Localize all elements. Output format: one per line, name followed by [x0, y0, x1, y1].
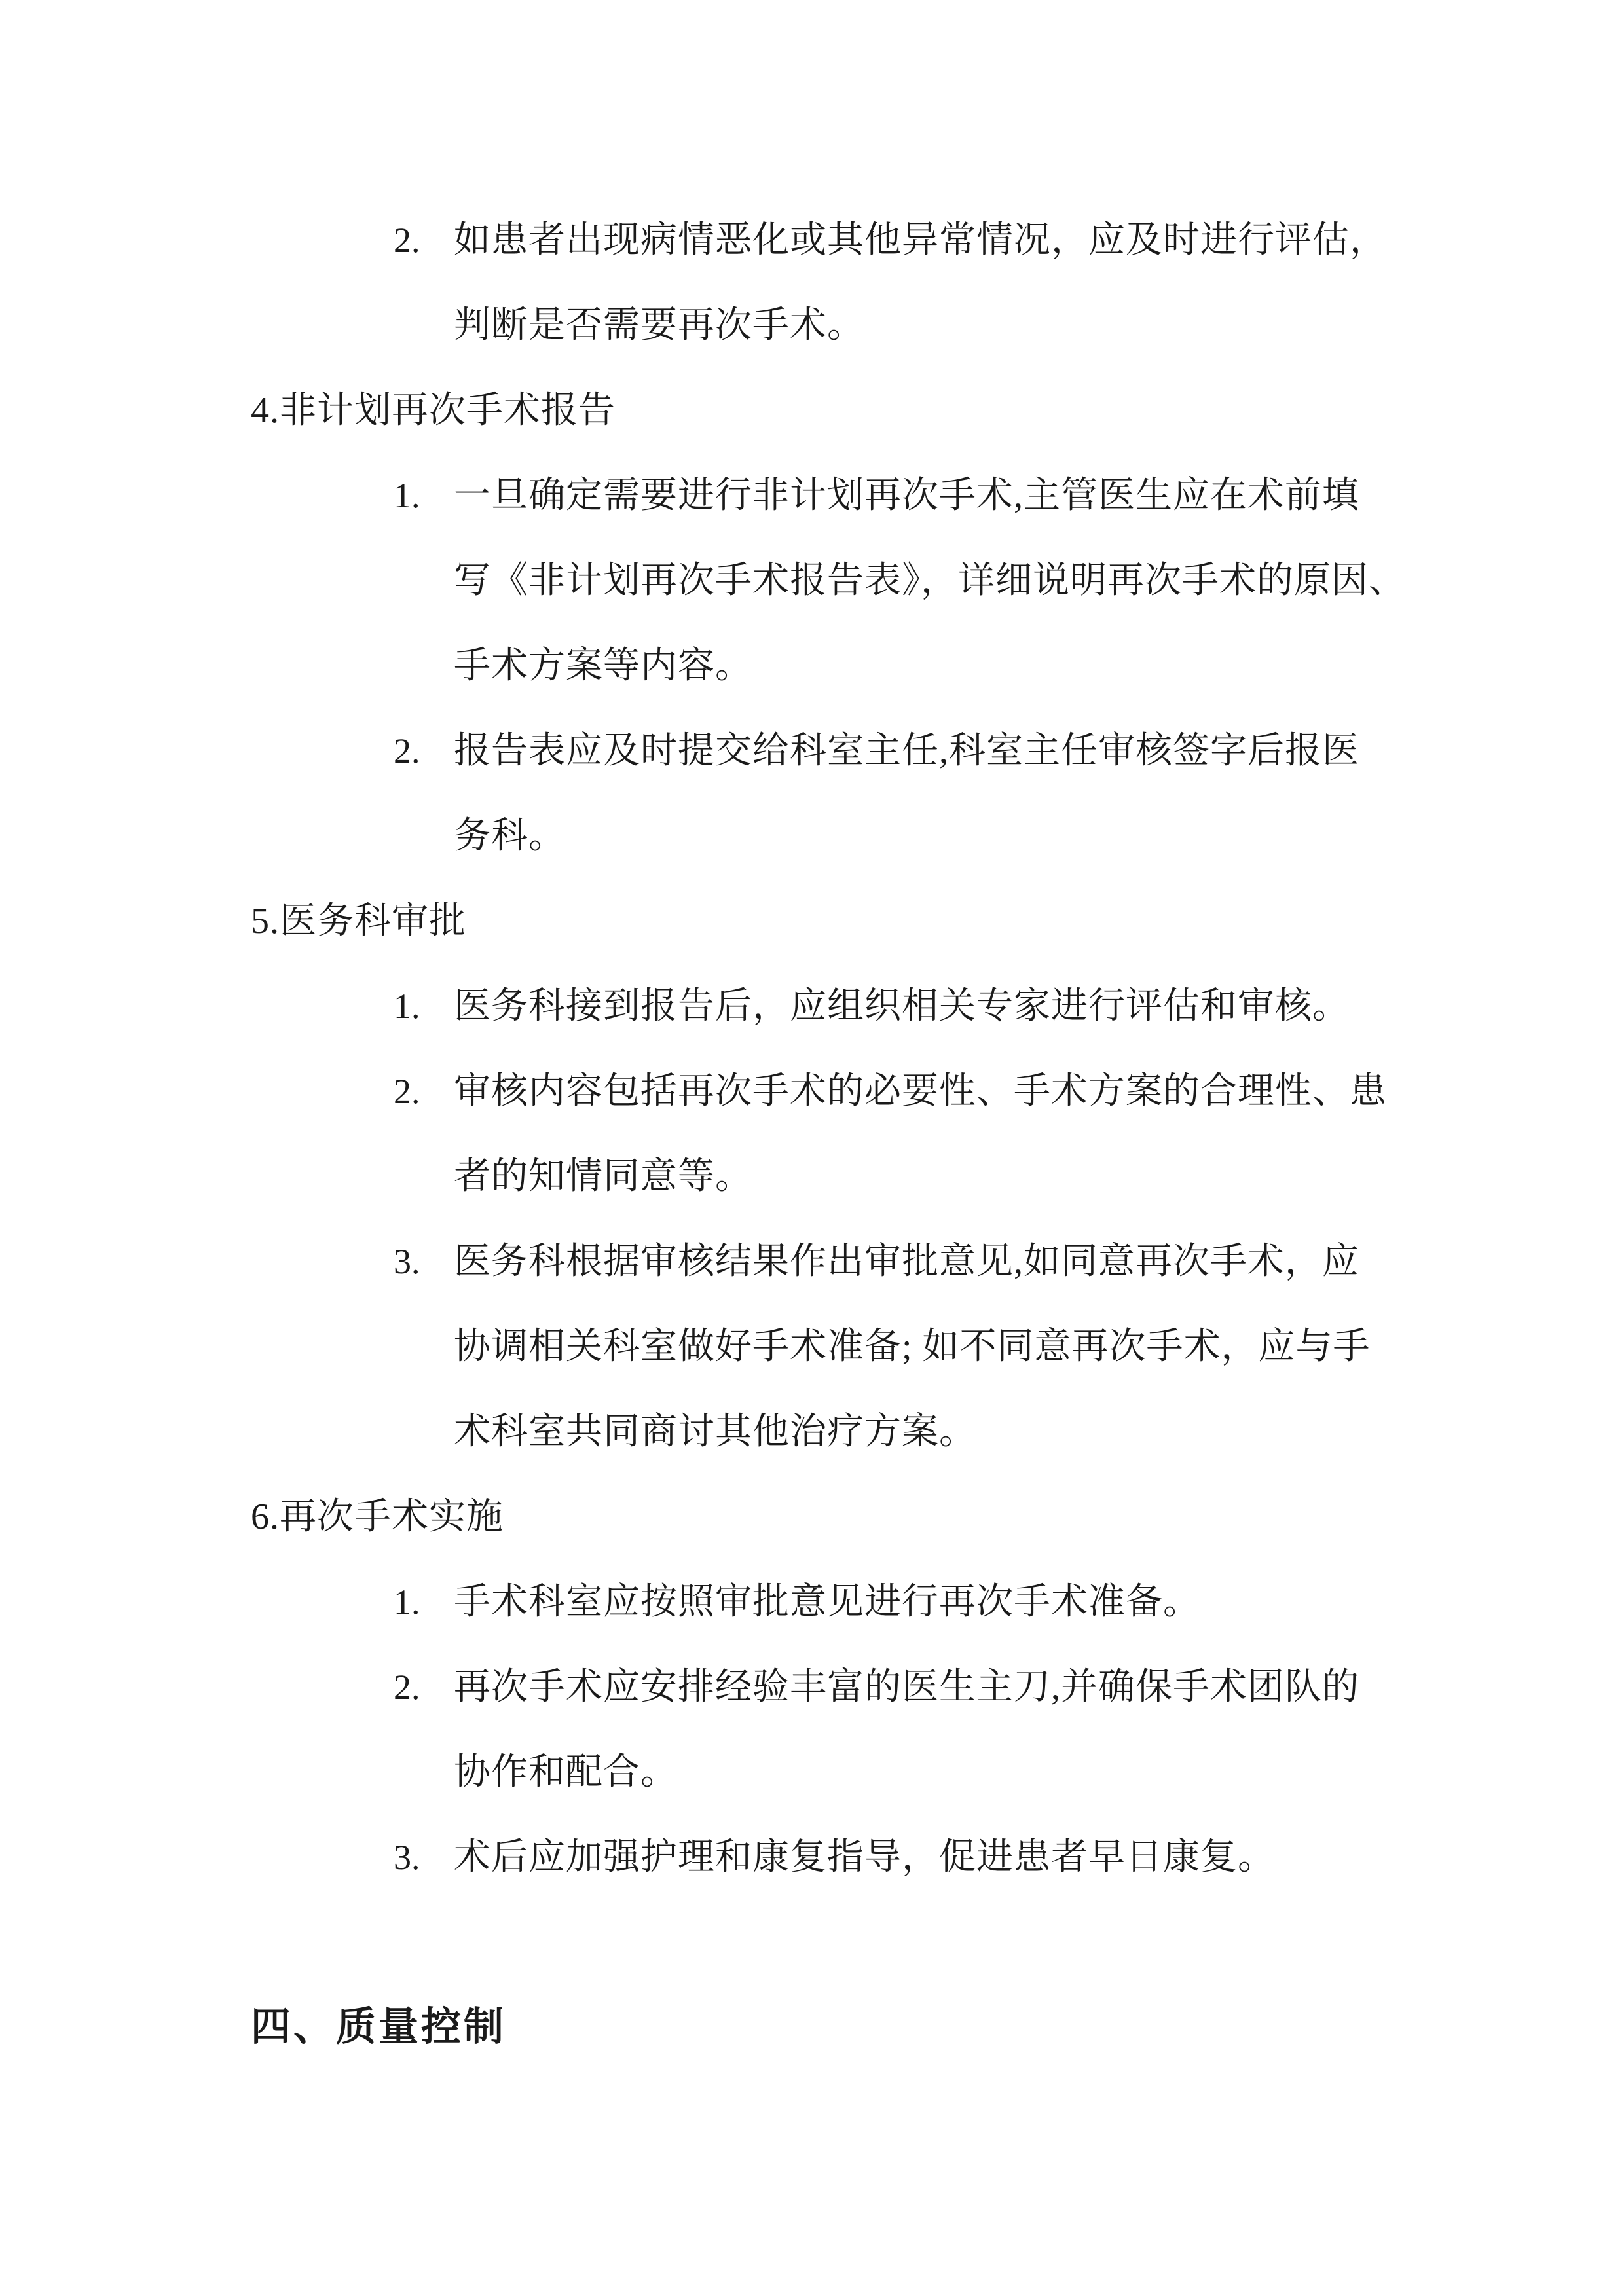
list-item-continuation-line: 者的知情同意等。	[0, 1134, 1624, 1219]
list-item-line: 2.如患者出现病情恶化或其他异常情况，应及时进行评估，	[0, 198, 1624, 283]
list-item-number: 3.	[394, 1815, 454, 1900]
list-item-number: 3.	[394, 1219, 454, 1304]
list-item-text: 如患者出现病情恶化或其他异常情况，应及时进行评估，	[454, 220, 1387, 261]
list-item-continuation-line: 术科室共同商讨其他治疗方案。	[0, 1389, 1624, 1474]
list-item-text: 手术科室应按照审批意见进行再次手术准备。	[454, 1582, 1200, 1622]
section-heading: 6.再次手术实施	[0, 1474, 1624, 1559]
list-item-continuation-line: 协调相关科室做好手术准备; 如不同意再次手术，应与手	[0, 1304, 1624, 1389]
list-item-line: 3.术后应加强护理和康复指导，促进患者早日康复。	[0, 1815, 1624, 1900]
list-item-text: 一旦确定需要进行非计划再次手术,主管医生应在术前填	[454, 475, 1359, 516]
list-item-text: 术后应加强护理和康复指导，促进患者早日康复。	[454, 1837, 1275, 1878]
list-item-continuation-line: 写《非计划再次手术报告表》，详细说明再次手术的原因、	[0, 538, 1624, 623]
list-item-continuation-line: 判断是否需要再次手术。	[0, 283, 1624, 368]
list-item-continuation-line: 协作和配合。	[0, 1730, 1624, 1815]
list-item-number: 2.	[394, 198, 454, 283]
list-item-number: 1.	[394, 1559, 454, 1645]
list-item-line: 1.医务科接到报告后，应组织相关专家进行评估和审核。	[0, 964, 1624, 1049]
list-item-number: 2.	[394, 708, 454, 793]
list-item-text: 报告表应及时提交给科室主任,科室主任审核签字后报医	[454, 731, 1359, 771]
list-item-text: 审核内容包括再次手术的必要性、手术方案的合理性、患	[454, 1071, 1387, 1112]
list-item-line: 2.报告表应及时提交给科室主任,科室主任审核签字后报医	[0, 708, 1624, 793]
list-item-text: 再次手术应安排经验丰富的医生主刀,并确保手术团队的	[454, 1667, 1359, 1707]
list-item-continuation-line: 手术方案等内容。	[0, 623, 1624, 708]
list-item-number: 1.	[394, 453, 454, 538]
document-page: 2.如患者出现病情恶化或其他异常情况，应及时进行评估，判断是否需要再次手术。4.…	[0, 0, 1624, 2296]
list-item-text: 医务科接到报告后，应组织相关专家进行评估和审核。	[454, 986, 1350, 1027]
list-item-line: 1.一旦确定需要进行非计划再次手术,主管医生应在术前填	[0, 453, 1624, 538]
list-item-line: 3.医务科根据审核结果作出审批意见,如同意再次手术，应	[0, 1219, 1624, 1304]
section-heading: 4.非计划再次手术报告	[0, 368, 1624, 453]
list-item-number: 1.	[394, 964, 454, 1049]
list-item-number: 2.	[394, 1645, 454, 1730]
list-item-text: 医务科根据审核结果作出审批意见,如同意再次手术，应	[454, 1241, 1359, 1282]
chapter-heading: 四、质量控制	[0, 1985, 1624, 2070]
section-heading: 5.医务科审批	[0, 879, 1624, 964]
list-item-line: 1.手术科室应按照审批意见进行再次手术准备。	[0, 1559, 1624, 1645]
list-item-line: 2.再次手术应安排经验丰富的医生主刀,并确保手术团队的	[0, 1645, 1624, 1730]
document-body: 2.如患者出现病情恶化或其他异常情况，应及时进行评估，判断是否需要再次手术。4.…	[0, 198, 1624, 2070]
list-item-number: 2.	[394, 1049, 454, 1134]
list-item-continuation-line: 务科。	[0, 793, 1624, 879]
list-item-line: 2.审核内容包括再次手术的必要性、手术方案的合理性、患	[0, 1049, 1624, 1134]
